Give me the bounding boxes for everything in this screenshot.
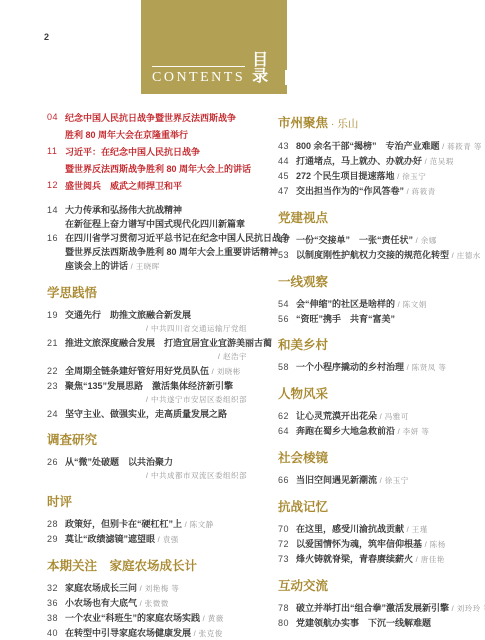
item-author: / 赵浩宇 bbox=[65, 351, 247, 362]
item-title: 一个小程序撬动的乡村治理 / 陈贤凤 等 bbox=[296, 360, 481, 375]
item-title: 从“微”处破题 以共治聚力/ 中共成都市双流区委组织部 bbox=[65, 455, 247, 483]
item-title: 莫让“政绩滤镜”遮望眼 / 袁强 bbox=[65, 532, 247, 547]
item-title-line: 暨世界反法西斯战争胜利 80 周年大会上的讲话 bbox=[65, 161, 247, 178]
contents-masthead-box: CONTENTS 目录 bbox=[141, 0, 287, 94]
item-page-number: 36 bbox=[47, 596, 65, 611]
item-title-line: 大力传承和弘扬伟大抗战精神 bbox=[65, 203, 247, 217]
toc-item: 38一个农业“科班生”的家庭农场实践 / 黄薇 bbox=[47, 611, 247, 626]
item-title: 大力传承和弘扬伟大抗战精神在新征程上奋力谱写中国式现代化四川新篇章 bbox=[65, 203, 247, 231]
toc-item: 78破立并举打出“组合拳”激活发展新引擎 / 刘玲玲 等 bbox=[278, 601, 481, 616]
item-author: / 陈文娟 bbox=[395, 300, 427, 309]
toc-item: 14大力传承和弘扬伟大抗战精神在新征程上奋力谱写中国式现代化四川新篇章 bbox=[47, 203, 247, 231]
toc-item: 72以爱国情怀为魂，筑牢信仰根基 / 陈杨 bbox=[278, 537, 481, 552]
toc-section: 党建视点49一份“交接单” 一张“责任状” / 余娜53以制度刚性护航权力交接的… bbox=[278, 211, 481, 263]
item-page-number: 72 bbox=[278, 537, 296, 552]
item-title: 坚守主业、做强实业，走高质量发展之路 bbox=[65, 407, 247, 421]
section-header: 学思践悟 bbox=[47, 286, 247, 301]
item-title-line: 暨世界反法西斯战争胜利 80 周年大会上重要讲话精神 bbox=[65, 245, 247, 259]
toc-item: 24坚守主业、做强实业，走高质量发展之路 bbox=[47, 407, 247, 421]
item-title-line: 莫让“政绩滤镜”遮望眼 / 袁强 bbox=[65, 532, 247, 547]
toc-section: 互动交流78破立并举打出“组合拳”激活发展新引擎 / 刘玲玲 等80党建领航办实… bbox=[278, 579, 481, 630]
contents-title-zh: 目录 bbox=[252, 53, 279, 85]
toc-item: 23聚焦“135”发展思路 激活集体经济新引擎/ 中共遂宁市安居区委组织部 bbox=[47, 379, 247, 407]
toc-block: 14大力传承和弘扬伟大抗战精神在新征程上奋力谱写中国式现代化四川新篇章16在四川… bbox=[47, 203, 247, 274]
toc-item: 58一个小程序撬动的乡村治理 / 陈贤凤 等 bbox=[278, 360, 481, 375]
section-title-text: 党建视点 bbox=[278, 211, 328, 225]
item-page-number: 62 bbox=[278, 409, 296, 424]
item-title-line: 胜利 80 周年大会在京隆重举行 bbox=[65, 127, 247, 144]
item-title-line: 一个小程序撬动的乡村治理 / 陈贤凤 等 bbox=[296, 360, 481, 375]
item-title: 当旧空间遇见新潮流 / 徐玉宁 bbox=[296, 473, 481, 488]
contents-title-en: CONTENTS bbox=[152, 66, 245, 85]
item-author: / 庄德水 bbox=[449, 251, 481, 260]
item-author: / 张微微 bbox=[137, 599, 169, 608]
item-title-line: 从“微”处破题 以共治聚力 bbox=[65, 455, 247, 469]
toc-column-left: 04纪念中国人民抗日战争暨世界反法西斯战争胜利 80 周年大会在京隆重举行11习… bbox=[47, 110, 247, 640]
item-title: 党建领航办实事 下沉一线解难题 bbox=[296, 616, 481, 630]
item-title-line: 一份“交接单” 一张“责任状” / 余娜 bbox=[296, 233, 481, 248]
item-author: / 冯雅可 bbox=[377, 412, 409, 421]
toc-item: 04纪念中国人民抗日战争暨世界反法西斯战争胜利 80 周年大会在京隆重举行 bbox=[47, 110, 247, 144]
item-title: 聚焦“135”发展思路 激活集体经济新引擎/ 中共遂宁市安居区委组织部 bbox=[65, 379, 247, 407]
item-page-number: 23 bbox=[47, 379, 65, 407]
item-title-line: 一个农业“科班生”的家庭农场实践 / 黄薇 bbox=[65, 611, 247, 626]
item-page-number: 12 bbox=[47, 178, 65, 195]
item-title: 习近平：在纪念中国人民抗日战争暨世界反法西斯战争胜利 80 周年大会上的讲话 bbox=[65, 144, 247, 178]
toc-section: 时评28政策好，但别卡在“硬杠杠”上 / 陈文静29莫让“政绩滤镜”遮望眼 / … bbox=[47, 495, 247, 547]
item-title: 奔跑在蜀乡大地急救前沿 / 李妍 等 bbox=[296, 424, 481, 439]
item-title-line: 小农场也有大底气 / 张微微 bbox=[65, 596, 247, 611]
item-title: 800 余名干部“揭榜” 专治产业难题 / 蒋筱青 等 bbox=[296, 139, 481, 154]
item-title-line: 交通先行 助推文旅融合新发展 bbox=[65, 308, 247, 322]
item-page-number: 78 bbox=[278, 601, 296, 616]
item-author: / 李妍 等 bbox=[395, 427, 429, 436]
item-title-line: 让心灵荒漠开出花朵 / 冯雅可 bbox=[296, 409, 481, 424]
item-title-line: 座谈会上的讲话 / 王晓晖 bbox=[65, 259, 247, 274]
item-page-number: 56 bbox=[278, 312, 296, 326]
item-author: / 蒋筱青 bbox=[404, 187, 436, 196]
item-title-line: 盛世阅兵 威武之师捍卫和平 bbox=[65, 178, 247, 195]
item-author: / 中共遂宁市安居区委组织部 bbox=[65, 394, 247, 405]
item-page-number: 16 bbox=[47, 231, 65, 274]
item-author: / 徐玉宁 bbox=[377, 476, 409, 485]
item-title: 272 个民生项目提速落地 / 徐玉宁 bbox=[296, 169, 481, 184]
item-title: 推进文旅深度融合发展 打造宜居宜业宜游美丽古蔺/ 赵浩宇 bbox=[65, 336, 247, 364]
item-author: / 刘艳梅 等 bbox=[137, 584, 179, 593]
item-page-number: 24 bbox=[47, 407, 65, 421]
section-title-text: 和美乡村 bbox=[278, 338, 328, 352]
section-header: 时评 bbox=[47, 495, 247, 510]
item-page-number: 53 bbox=[278, 248, 296, 263]
item-title-line: 272 个民生项目提速落地 / 徐玉宁 bbox=[296, 169, 481, 184]
item-author: / 中共成都市双流区委组织部 bbox=[65, 470, 247, 481]
item-page-number: 40 bbox=[47, 626, 65, 640]
item-title: 全周期全链条建好管好用好党员队伍 / 刘晓彬 bbox=[65, 364, 247, 379]
item-title: 破立并举打出“组合拳”激活发展新引擎 / 刘玲玲 等 bbox=[296, 601, 481, 616]
item-page-number: 04 bbox=[47, 110, 65, 144]
toc-item: 70在这里，感受川渝抗战贡献 / 王瑾 bbox=[278, 522, 481, 537]
item-title: 让心灵荒漠开出花朵 / 冯雅可 bbox=[296, 409, 481, 424]
item-page-number: 11 bbox=[47, 144, 65, 178]
item-page-number: 32 bbox=[47, 581, 65, 596]
section-title-text: 互动交流 bbox=[278, 579, 328, 593]
item-title-line: 坚守主业、做强实业，走高质量发展之路 bbox=[65, 407, 247, 421]
item-author: / 刘玲玲 等 bbox=[449, 604, 485, 613]
toc-item: 22全周期全链条建好管好用好党员队伍 / 刘晓彬 bbox=[47, 364, 247, 379]
section-header: 党建视点 bbox=[278, 211, 481, 226]
item-title: 一个农业“科班生”的家庭农场实践 / 黄薇 bbox=[65, 611, 247, 626]
section-header: 和美乡村 bbox=[278, 338, 481, 353]
section-title-text: 社会棱镜 bbox=[278, 451, 328, 465]
section-header: 社会棱镜 bbox=[278, 451, 481, 466]
item-author: / 中共四川省交通运输厅党组 bbox=[65, 323, 247, 334]
item-title-line: 在转型中引导家庭农场健康发展 / 张克俊 bbox=[65, 626, 247, 640]
item-title-line: 习近平：在纪念中国人民抗日战争 bbox=[65, 144, 247, 161]
toc-item: 64奔跑在蜀乡大地急救前沿 / 李妍 等 bbox=[278, 424, 481, 439]
item-title-line: 以制度刚性护航权力交接的规范化转型 / 庄德水 bbox=[296, 248, 481, 263]
item-page-number: 28 bbox=[47, 517, 65, 532]
item-title-line: 800 余名干部“揭榜” 专治产业难题 / 蒋筱青 等 bbox=[296, 139, 481, 154]
toc-item: 53以制度刚性护航权力交接的规范化转型 / 庄德水 bbox=[278, 248, 481, 263]
item-title-line: 家庭农场成长三问 / 刘艳梅 等 bbox=[65, 581, 247, 596]
item-page-number: 14 bbox=[47, 203, 65, 231]
item-title-line: 奔跑在蜀乡大地急救前沿 / 李妍 等 bbox=[296, 424, 481, 439]
item-title-line: “资旺”携手 共育“富美” bbox=[296, 312, 481, 326]
toc-item: 29莫让“政绩滤镜”遮望眼 / 袁强 bbox=[47, 532, 247, 547]
toc-item: 36小农场也有大底气 / 张微微 bbox=[47, 596, 247, 611]
toc-item: 28政策好，但别卡在“硬杠杠”上 / 陈文静 bbox=[47, 517, 247, 532]
item-page-number: 80 bbox=[278, 616, 296, 630]
toc-item: 56“资旺”携手 共育“富美” bbox=[278, 312, 481, 326]
item-page-number: 38 bbox=[47, 611, 65, 626]
item-page-number: 22 bbox=[47, 364, 65, 379]
toc-columns: 04纪念中国人民抗日战争暨世界反法西斯战争胜利 80 周年大会在京隆重举行11习… bbox=[47, 110, 481, 640]
toc-column-right: 市州聚焦 · 乐山43800 余名干部“揭榜” 专治产业难题 / 蒋筱青 等44… bbox=[278, 110, 481, 630]
toc-item: 66当旧空间遇见新潮流 / 徐玉宁 bbox=[278, 473, 481, 488]
item-page-number: 44 bbox=[278, 154, 296, 169]
toc-section: 人物风采62让心灵荒漠开出花朵 / 冯雅可64奔跑在蜀乡大地急救前沿 / 李妍 … bbox=[278, 387, 481, 439]
section-title-text: 抗战记忆 bbox=[278, 500, 328, 514]
contents-masthead: CONTENTS 目录 bbox=[152, 53, 287, 85]
item-title-line: 会“伸缩”的社区是啥样的 / 陈文娟 bbox=[296, 297, 481, 312]
item-title: 打通堵点，马上就办、办就办好 / 范吴瑕 bbox=[296, 154, 481, 169]
item-title-line: 破立并举打出“组合拳”激活发展新引擎 / 刘玲玲 等 bbox=[296, 601, 481, 616]
item-page-number: 26 bbox=[47, 455, 65, 483]
item-title-line: 党建领航办实事 下沉一线解难题 bbox=[296, 616, 481, 630]
toc-item: 11习近平：在纪念中国人民抗日战争暨世界反法西斯战争胜利 80 周年大会上的讲话 bbox=[47, 144, 247, 178]
toc-section: 一线观察54会“伸缩”的社区是啥样的 / 陈文娟56“资旺”携手 共育“富美” bbox=[278, 275, 481, 326]
section-header: 抗战记忆 bbox=[278, 500, 481, 515]
page-number: 2 bbox=[44, 32, 49, 42]
item-page-number: 73 bbox=[278, 552, 296, 567]
item-title-line: 在新征程上奋力谱写中国式现代化四川新篇章 bbox=[65, 217, 247, 231]
item-title: “资旺”携手 共育“富美” bbox=[296, 312, 481, 326]
toc-item: 43800 余名干部“揭榜” 专治产业难题 / 蒋筱青 等 bbox=[278, 139, 481, 154]
item-page-number: 19 bbox=[47, 308, 65, 336]
item-title-line: 全周期全链条建好管好用好党员队伍 / 刘晓彬 bbox=[65, 364, 247, 379]
item-author: / 刘晓彬 bbox=[209, 367, 241, 376]
section-title-text: 人物风采 bbox=[278, 387, 328, 401]
item-title: 一份“交接单” 一张“责任状” / 余娜 bbox=[296, 233, 481, 248]
item-page-number: 21 bbox=[47, 336, 65, 364]
item-author: / 余娜 bbox=[413, 236, 437, 245]
item-author: / 黄薇 bbox=[200, 614, 224, 623]
toc-item: 62让心灵荒漠开出花朵 / 冯雅可 bbox=[278, 409, 481, 424]
toc-section: 社会棱镜66当旧空间遇见新潮流 / 徐玉宁 bbox=[278, 451, 481, 488]
item-page-number: 29 bbox=[47, 532, 65, 547]
item-author: / 唐佳艳 bbox=[413, 555, 445, 564]
section-title-text: 一线观察 bbox=[278, 275, 328, 289]
item-title: 以制度刚性护航权力交接的规范化转型 / 庄德水 bbox=[296, 248, 481, 263]
section-title-text: 本期关注 家庭农场成长计 bbox=[47, 559, 197, 573]
item-page-number: 45 bbox=[278, 169, 296, 184]
toc-item: 12盛世阅兵 威武之师捍卫和平 bbox=[47, 178, 247, 195]
item-page-number: 64 bbox=[278, 424, 296, 439]
item-title: 在四川省学习贯彻习近平总书记在纪念中国人民抗日战争暨世界反法西斯战争胜利 80 … bbox=[65, 231, 247, 274]
masthead-divider-bar bbox=[285, 70, 287, 85]
item-author: / 王瑾 bbox=[404, 525, 428, 534]
toc-section: 市州聚焦 · 乐山43800 余名干部“揭榜” 专治产业难题 / 蒋筱青 等44… bbox=[278, 116, 481, 199]
item-title: 以爱国情怀为魂，筑牢信仰根基 / 陈杨 bbox=[296, 537, 481, 552]
toc-section: 本期关注 家庭农场成长计32家庭农场成长三问 / 刘艳梅 等36小农场也有大底气… bbox=[47, 559, 247, 640]
toc-section: 和美乡村58一个小程序撬动的乡村治理 / 陈贤凤 等 bbox=[278, 338, 481, 375]
section-title-text: 时评 bbox=[47, 495, 72, 509]
toc-item: 73烽火铸就脊梁，青春赓续薪火 / 唐佳艳 bbox=[278, 552, 481, 567]
item-title: 在这里，感受川渝抗战贡献 / 王瑾 bbox=[296, 522, 481, 537]
toc-item: 49一份“交接单” 一张“责任状” / 余娜 bbox=[278, 233, 481, 248]
item-author: / 张克俊 bbox=[191, 629, 223, 638]
toc-item: 32家庭农场成长三问 / 刘艳梅 等 bbox=[47, 581, 247, 596]
item-page-number: 54 bbox=[278, 297, 296, 312]
section-subtitle: · 乐山 bbox=[328, 118, 358, 130]
item-title-line: 推进文旅深度融合发展 打造宜居宜业宜游美丽古蔺 bbox=[65, 336, 247, 350]
item-page-number: 66 bbox=[278, 473, 296, 488]
item-title: 交出担当作为的“作风答卷” / 蒋筱青 bbox=[296, 184, 481, 199]
item-page-number: 58 bbox=[278, 360, 296, 375]
item-author: / 蒋筱青 等 bbox=[440, 142, 482, 151]
toc-section: 调查研究26从“微”处破题 以共治聚力/ 中共成都市双流区委组织部 bbox=[47, 433, 247, 483]
item-page-number: 47 bbox=[278, 184, 296, 199]
item-author: / 徐玉宁 bbox=[395, 172, 427, 181]
item-title: 纪念中国人民抗日战争暨世界反法西斯战争胜利 80 周年大会在京隆重举行 bbox=[65, 110, 247, 144]
item-title-line: 聚焦“135”发展思路 激活集体经济新引擎 bbox=[65, 379, 247, 393]
item-page-number: 43 bbox=[278, 139, 296, 154]
section-header: 调查研究 bbox=[47, 433, 247, 448]
item-author: / 陈文静 bbox=[182, 520, 214, 529]
item-author: / 陈杨 bbox=[422, 540, 446, 549]
item-title-line: 在这里，感受川渝抗战贡献 / 王瑾 bbox=[296, 522, 481, 537]
item-title: 交通先行 助推文旅融合新发展/ 中共四川省交通运输厅党组 bbox=[65, 308, 247, 336]
item-title: 会“伸缩”的社区是啥样的 / 陈文娟 bbox=[296, 297, 481, 312]
toc-item: 26从“微”处破题 以共治聚力/ 中共成都市双流区委组织部 bbox=[47, 455, 247, 483]
toc-item: 16在四川省学习贯彻习近平总书记在纪念中国人民抗日战争暨世界反法西斯战争胜利 8… bbox=[47, 231, 247, 274]
item-title-line: 当旧空间遇见新潮流 / 徐玉宁 bbox=[296, 473, 481, 488]
toc-item: 44打通堵点，马上就办、办就办好 / 范吴瑕 bbox=[278, 154, 481, 169]
item-author: / 王晓晖 bbox=[128, 262, 160, 271]
section-header: 一线观察 bbox=[278, 275, 481, 290]
section-header: 本期关注 家庭农场成长计 bbox=[47, 559, 247, 574]
toc-item: 19交通先行 助推文旅融合新发展/ 中共四川省交通运输厅党组 bbox=[47, 308, 247, 336]
item-title-line: 政策好，但别卡在“硬杠杠”上 / 陈文静 bbox=[65, 517, 247, 532]
item-title-line: 纪念中国人民抗日战争暨世界反法西斯战争 bbox=[65, 110, 247, 127]
item-title: 盛世阅兵 威武之师捍卫和平 bbox=[65, 178, 247, 195]
item-title-line: 打通堵点，马上就办、办就办好 / 范吴瑕 bbox=[296, 154, 481, 169]
toc-item: 80党建领航办实事 下沉一线解难题 bbox=[278, 616, 481, 630]
section-header: 人物风采 bbox=[278, 387, 481, 402]
item-author: / 范吴瑕 bbox=[422, 157, 454, 166]
item-title: 烽火铸就脊梁，青春赓续薪火 / 唐佳艳 bbox=[296, 552, 481, 567]
toc-section: 学思践悟19交通先行 助推文旅融合新发展/ 中共四川省交通运输厅党组21推进文旅… bbox=[47, 286, 247, 421]
item-title: 政策好，但别卡在“硬杠杠”上 / 陈文静 bbox=[65, 517, 247, 532]
section-title-text: 学思践悟 bbox=[47, 286, 97, 300]
section-header: 互动交流 bbox=[278, 579, 481, 594]
section-title-text: 调查研究 bbox=[47, 433, 97, 447]
item-author: / 陈贤凤 等 bbox=[404, 363, 446, 372]
toc-section: 抗战记忆70在这里，感受川渝抗战贡献 / 王瑾72以爱国情怀为魂，筑牢信仰根基 … bbox=[278, 500, 481, 567]
toc-item: 54会“伸缩”的社区是啥样的 / 陈文娟 bbox=[278, 297, 481, 312]
item-title: 小农场也有大底气 / 张微微 bbox=[65, 596, 247, 611]
item-title: 在转型中引导家庭农场健康发展 / 张克俊 bbox=[65, 626, 247, 640]
toc-item: 21推进文旅深度融合发展 打造宜居宜业宜游美丽古蔺/ 赵浩宇 bbox=[47, 336, 247, 364]
section-header: 市州聚焦 · 乐山 bbox=[278, 116, 481, 132]
item-author: / 袁强 bbox=[155, 535, 179, 544]
item-title-line: 在四川省学习贯彻习近平总书记在纪念中国人民抗日战争 bbox=[65, 231, 247, 245]
toc-item: 45272 个民生项目提速落地 / 徐玉宁 bbox=[278, 169, 481, 184]
item-page-number: 49 bbox=[278, 233, 296, 248]
item-page-number: 70 bbox=[278, 522, 296, 537]
item-title: 家庭农场成长三问 / 刘艳梅 等 bbox=[65, 581, 247, 596]
item-title-line: 烽火铸就脊梁，青春赓续薪火 / 唐佳艳 bbox=[296, 552, 481, 567]
section-title-text: 市州聚焦 bbox=[278, 116, 328, 130]
toc-block: 04纪念中国人民抗日战争暨世界反法西斯战争胜利 80 周年大会在京隆重举行11习… bbox=[47, 110, 247, 195]
toc-item: 47交出担当作为的“作风答卷” / 蒋筱青 bbox=[278, 184, 481, 199]
item-title-line: 交出担当作为的“作风答卷” / 蒋筱青 bbox=[296, 184, 481, 199]
item-title-line: 以爱国情怀为魂，筑牢信仰根基 / 陈杨 bbox=[296, 537, 481, 552]
toc-item: 40在转型中引导家庭农场健康发展 / 张克俊 bbox=[47, 626, 247, 640]
